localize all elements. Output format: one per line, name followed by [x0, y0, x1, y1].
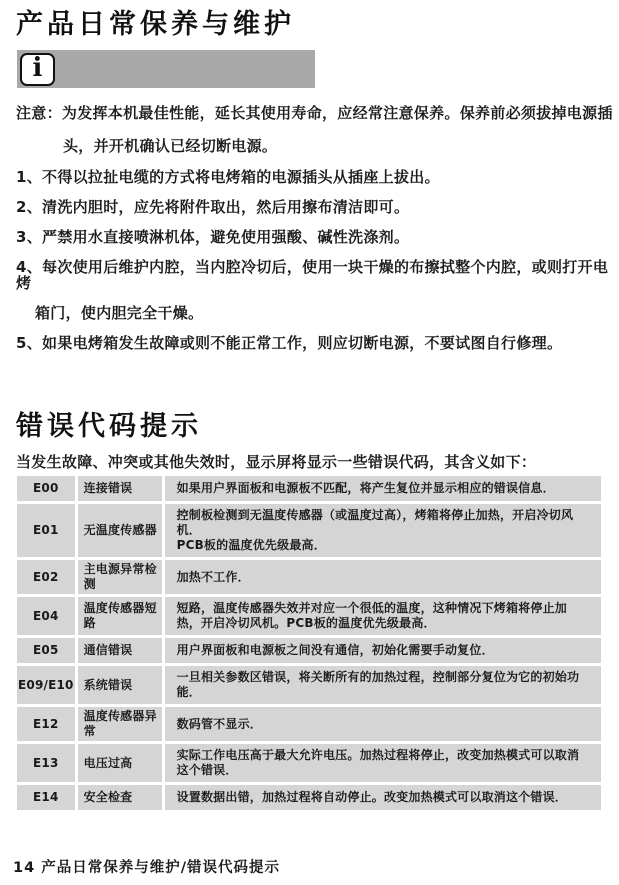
- error-desc-cell: 数码管不显示．: [165, 707, 601, 741]
- table-row: E09/E10 系统错误 一旦相关参数区错误，将关断所有的加热过程，控制部分复位…: [17, 666, 601, 704]
- error-code-cell: E04: [17, 597, 75, 635]
- table-row: E02 主电源异常检测 加热不工作．: [17, 560, 601, 594]
- notice-line: 头，并开机确认已经切断电源。: [63, 138, 619, 154]
- error-name-cell: 通信错误: [78, 638, 162, 663]
- section-title-error-codes: 错误代码提示: [16, 411, 619, 443]
- error-name-cell: 电压过高: [78, 744, 162, 782]
- maintenance-item: 3、严禁用水直接喷淋机体，避免使用强酸、碱性洗涤剂。: [16, 229, 619, 245]
- page-footer: 14 产品日常保养与维护/错误代码提示: [13, 856, 280, 877]
- error-code-cell: E13: [17, 744, 75, 782]
- error-code-cell: E05: [17, 638, 75, 663]
- table-row: E12 温度传感器异常 数码管不显示．: [17, 707, 601, 741]
- error-name-cell: 无温度传感器: [78, 504, 162, 557]
- error-name-cell: 温度传感器异常: [78, 707, 162, 741]
- maintenance-item: 1、不得以拉扯电缆的方式将电烤箱的电源插头从插座上拔出。: [16, 169, 619, 185]
- maintenance-item-continuation: 箱门，使内胆完全干燥。: [35, 305, 619, 321]
- notice-block: 注意：为发挥本机最佳性能，延长其使用寿命，应经常注意保养。保养前必须拔掉电源插 …: [16, 105, 619, 154]
- page-title: 产品日常保养与维护: [16, 9, 619, 41]
- table-row: E01 无温度传感器 控制板检测到无温度传感器（或温度过高），烤箱将停止加热，开…: [17, 504, 601, 557]
- error-code-cell: E01: [17, 504, 75, 557]
- error-code-cell: E02: [17, 560, 75, 594]
- maintenance-list: 1、不得以拉扯电缆的方式将电烤箱的电源插头从插座上拔出。 2、清洗内胆时，应先将…: [16, 169, 619, 351]
- error-name-cell: 主电源异常检测: [78, 560, 162, 594]
- error-name-cell: 安全检查: [78, 785, 162, 810]
- error-name-cell: 系统错误: [78, 666, 162, 704]
- error-desc-cell: 一旦相关参数区错误，将关断所有的加热过程，控制部分复位为它的初始功能．: [165, 666, 601, 704]
- info-banner: i: [17, 50, 315, 88]
- error-codes-intro: 当发生故障、冲突或其他失效时，显示屏将显示一些错误代码，其含义如下：: [16, 454, 619, 470]
- error-code-table: E00 连接错误 如果用户界面板和电源板不匹配，将产生复位并显示相应的错误信息．…: [14, 473, 604, 813]
- error-desc-cell: 实际工作电压高于最大允许电压。加热过程将停止，改变加热模式可以取消这个错误．: [165, 744, 601, 782]
- error-code-cell: E00: [17, 476, 75, 501]
- info-icon: i: [20, 53, 55, 86]
- maintenance-item: 4、每次使用后维护内腔，当内腔冷切后，使用一块干燥的布擦拭整个内腔，或则打开电烤: [16, 259, 619, 291]
- error-code-cell: E09/E10: [17, 666, 75, 704]
- error-code-cell: E12: [17, 707, 75, 741]
- error-desc-cell: 用户界面板和电源板之间没有通信，初始化需要手动复位．: [165, 638, 601, 663]
- table-row: E00 连接错误 如果用户界面板和电源板不匹配，将产生复位并显示相应的错误信息．: [17, 476, 601, 501]
- maintenance-item: 5、如果电烤箱发生故障或则不能正常工作，则应切断电源，不要试图自行修理。: [16, 335, 619, 351]
- error-desc-cell: 控制板检测到无温度传感器（或温度过高），烤箱将停止加热，开启冷切风机． PCB板…: [165, 504, 601, 557]
- error-desc-cell: 短路，温度传感器失效并对应一个很低的温度，这种情况下烤箱将停止加热，开启冷切风机…: [165, 597, 601, 635]
- table-row: E13 电压过高 实际工作电压高于最大允许电压。加热过程将停止，改变加热模式可以…: [17, 744, 601, 782]
- error-name-cell: 温度传感器短路: [78, 597, 162, 635]
- error-desc-cell: 如果用户界面板和电源板不匹配，将产生复位并显示相应的错误信息．: [165, 476, 601, 501]
- table-row: E04 温度传感器短路 短路，温度传感器失效并对应一个很低的温度，这种情况下烤箱…: [17, 597, 601, 635]
- table-row: E05 通信错误 用户界面板和电源板之间没有通信，初始化需要手动复位．: [17, 638, 601, 663]
- manual-page: 产品日常保养与维护 i 注意：为发挥本机最佳性能，延长其使用寿命，应经常注意保养…: [0, 0, 619, 885]
- error-name-cell: 连接错误: [78, 476, 162, 501]
- maintenance-item: 2、清洗内胆时，应先将附件取出，然后用擦布清洁即可。: [16, 199, 619, 215]
- error-desc-cell: 设置数据出错，加热过程将自动停止。改变加热模式可以取消这个错误．: [165, 785, 601, 810]
- table-row: E14 安全检查 设置数据出错，加热过程将自动停止。改变加热模式可以取消这个错误…: [17, 785, 601, 810]
- error-code-cell: E14: [17, 785, 75, 810]
- notice-line: 注意：为发挥本机最佳性能，延长其使用寿命，应经常注意保养。保养前必须拔掉电源插: [16, 105, 619, 121]
- error-desc-cell: 加热不工作．: [165, 560, 601, 594]
